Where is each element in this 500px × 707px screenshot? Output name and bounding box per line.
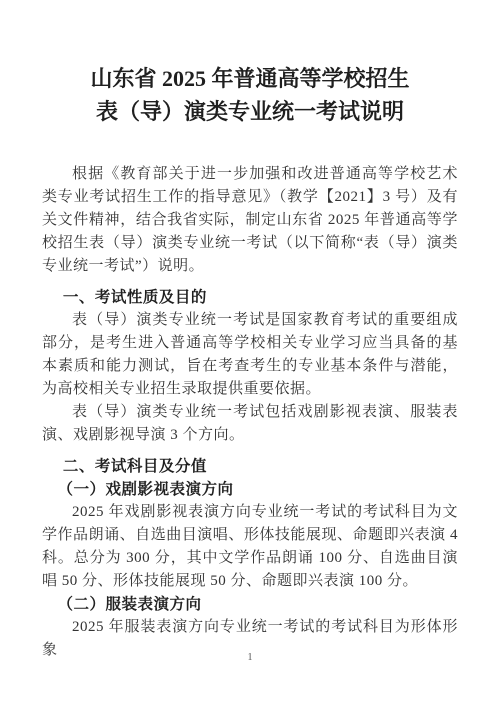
- section-2-sub-1-heading: （一）戏剧影视表演方向: [42, 478, 458, 501]
- document-title: 山东省 2025 年普通高等学校招生 表（导）演类专业统一考试说明: [42, 62, 458, 128]
- section-1-heading: 一、考试性质及目的: [42, 286, 458, 309]
- section-2-sub-1-paragraph: 2025 年戏剧影视表演方向专业统一考试的考试科目为文学作品朗诵、自选曲目演唱、…: [42, 501, 458, 593]
- section-2-heading: 二、考试科目及分值: [42, 455, 458, 478]
- document-body: 根据《教育部关于进一步加强和改进普通高等学校艺术类专业考试招生工作的指导意见》（…: [42, 163, 458, 662]
- page-number: 1: [0, 652, 500, 664]
- title-line-1: 山东省 2025 年普通高等学校招生: [42, 62, 458, 95]
- intro-paragraph: 根据《教育部关于进一步加强和改进普通高等学校艺术类专业考试招生工作的指导意见》（…: [42, 163, 458, 278]
- document-content: 山东省 2025 年普通高等学校招生 表（导）演类专业统一考试说明 根据《教育部…: [42, 62, 458, 662]
- section-2-sub-2-heading: （二）服装表演方向: [42, 593, 458, 616]
- section-1-paragraph-2: 表（导）演类专业统一考试包括戏剧影视表演、服装表演、戏剧影视导演 3 个方向。: [42, 401, 458, 447]
- title-line-2: 表（导）演类专业统一考试说明: [42, 95, 458, 128]
- document-page: 山东省 2025 年普通高等学校招生 表（导）演类专业统一考试说明 根据《教育部…: [0, 0, 500, 707]
- section-1-paragraph-1: 表（导）演类专业统一考试是国家教育考试的重要组成部分，是考生进入普通高等学校相关…: [42, 309, 458, 401]
